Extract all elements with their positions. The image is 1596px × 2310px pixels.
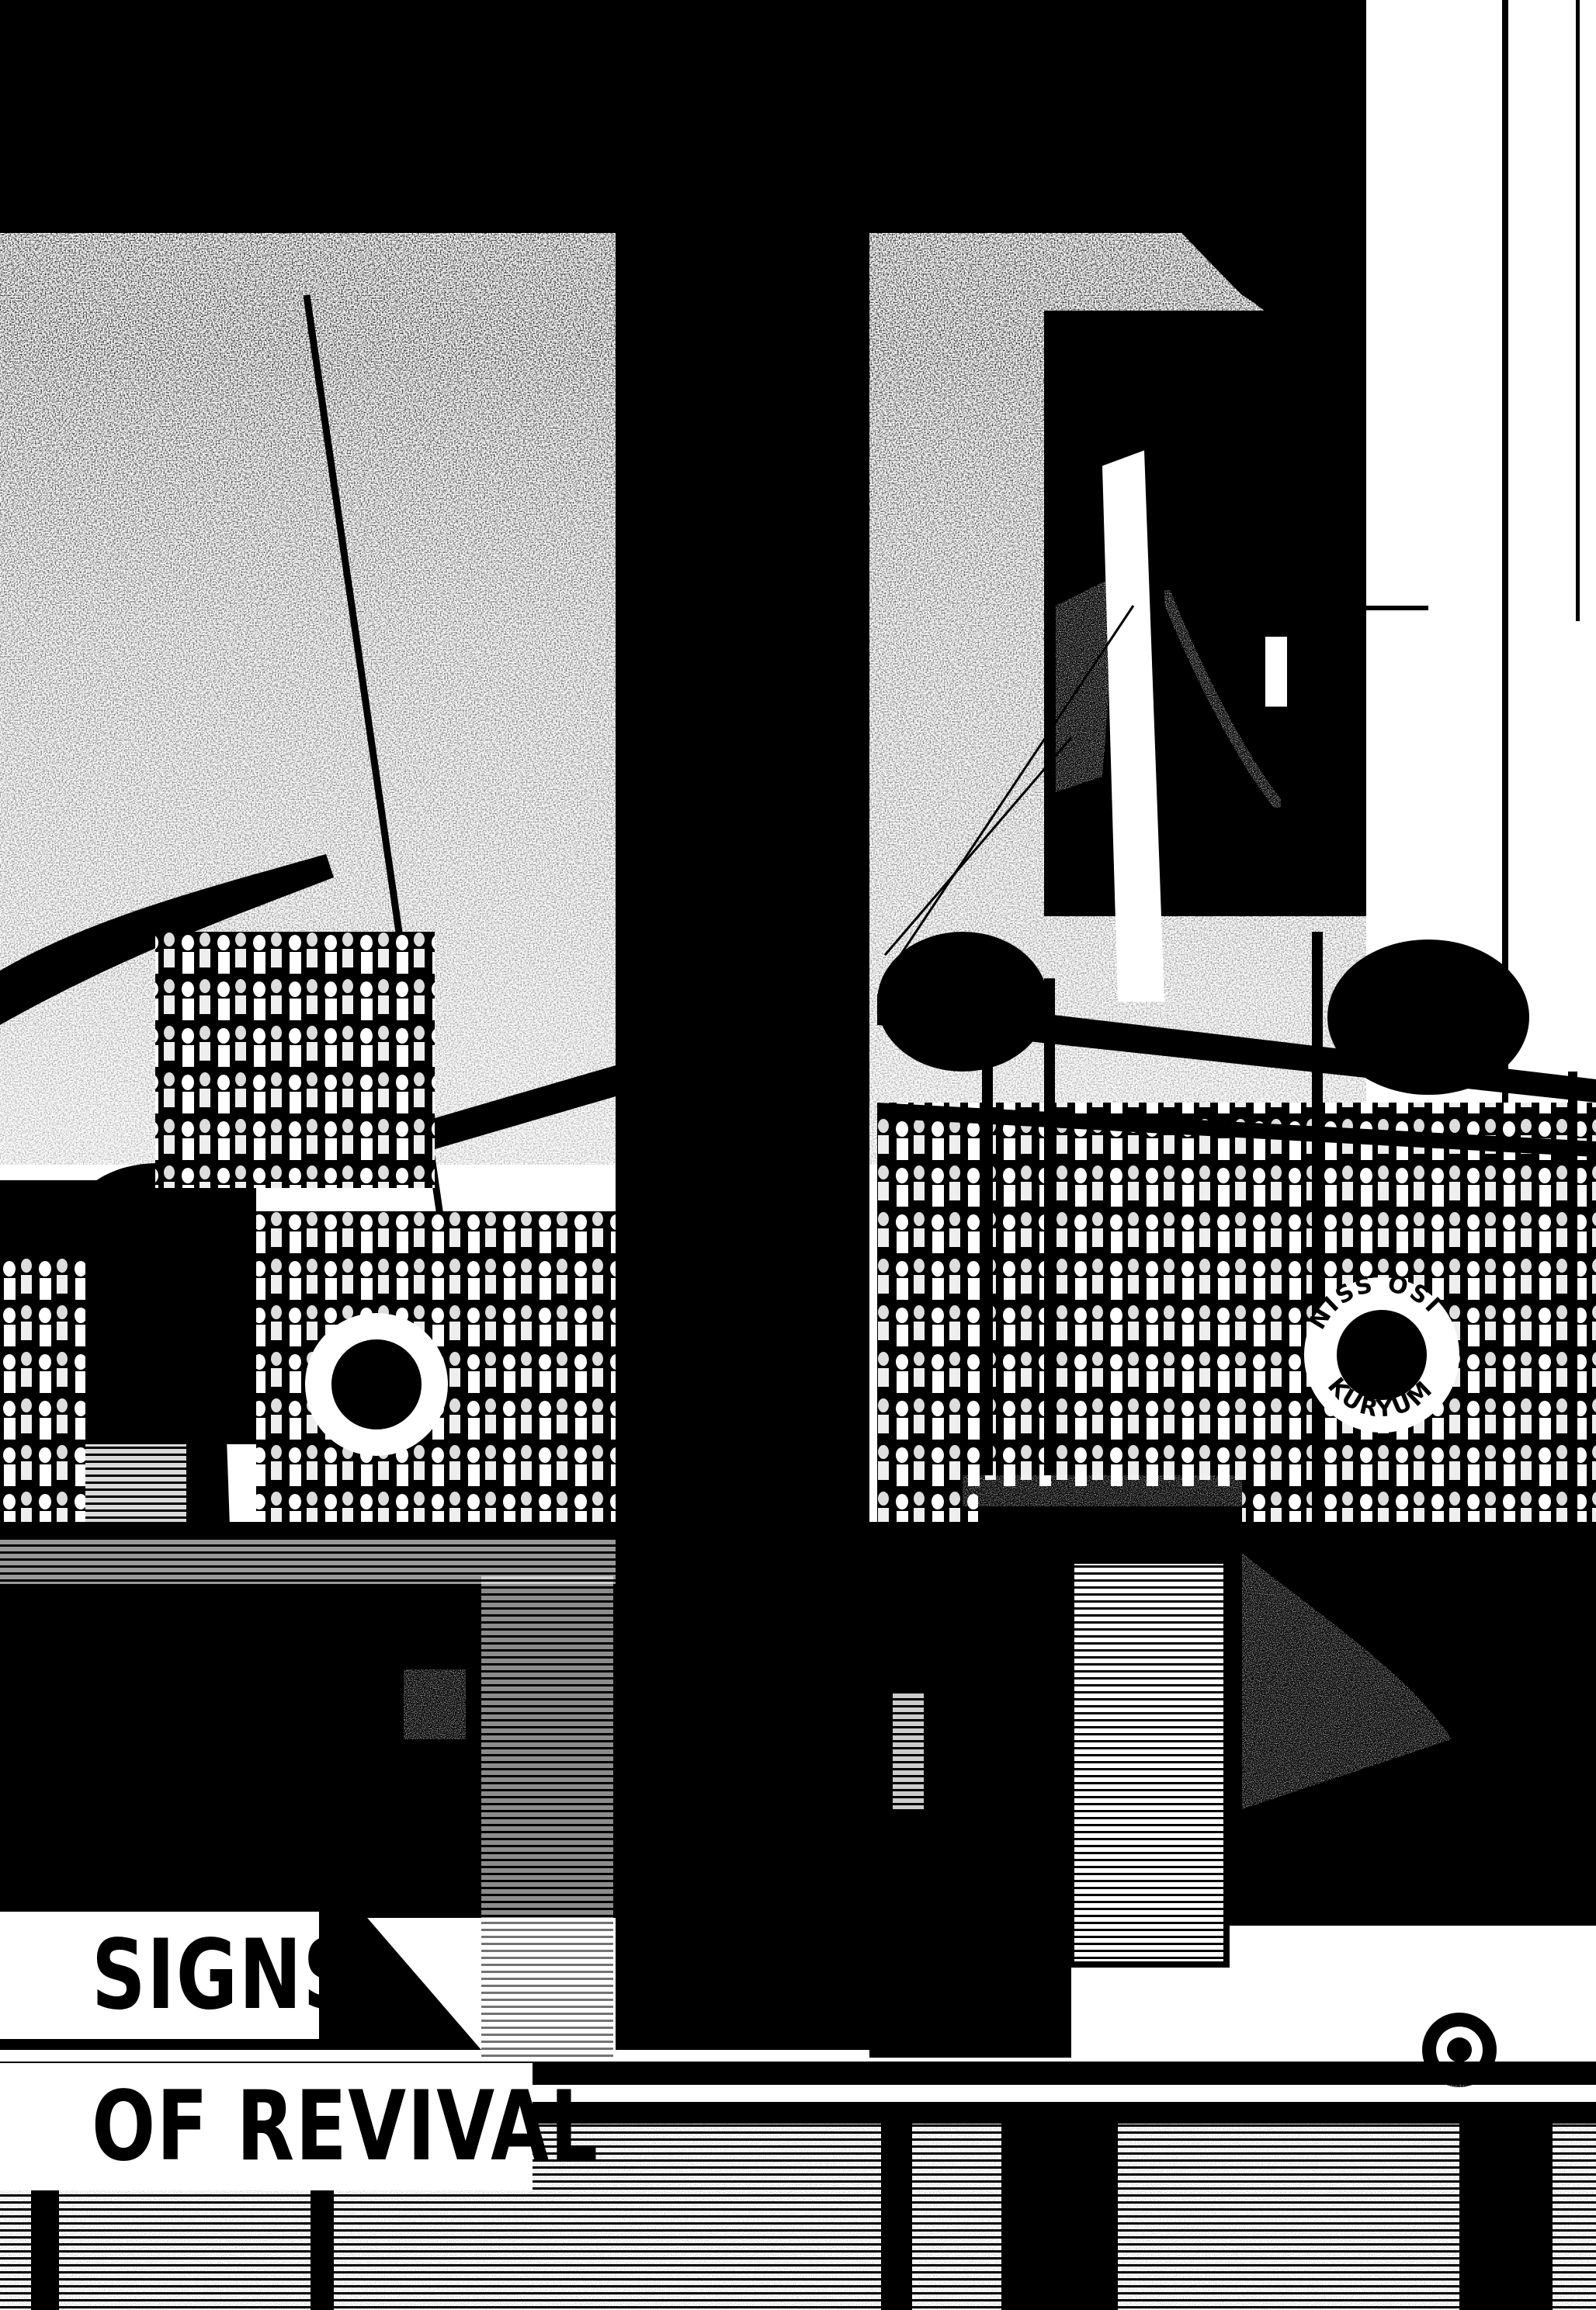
title-line-of-revival: OF REVIVAL — [0, 2063, 533, 2190]
title-text-line-1: SIGNS — [92, 1927, 358, 2023]
title-line-signs: SIGNS — [0, 1912, 319, 2039]
book-cover: NISS OSI KURYUM — [0, 0, 1596, 2310]
title-text-line-2: OF REVIVAL — [92, 2079, 599, 2175]
life-ring-left — [305, 1313, 448, 1456]
